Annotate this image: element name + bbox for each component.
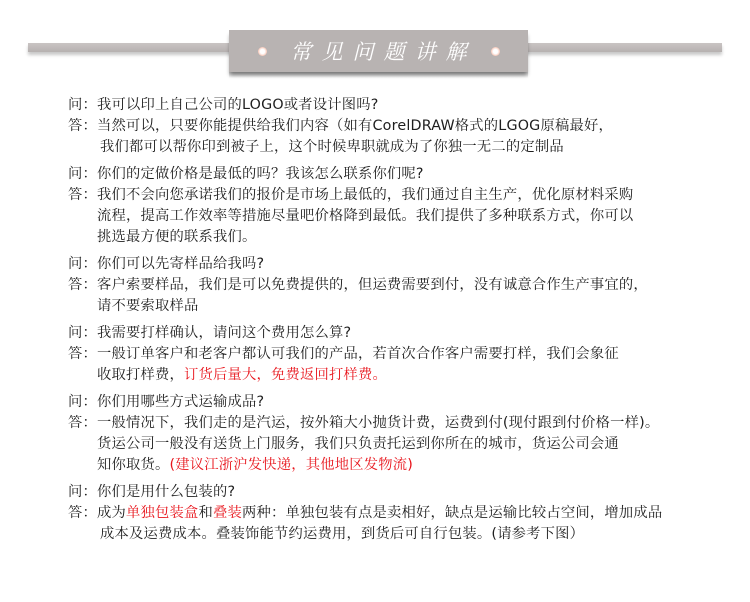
question-label: 问：	[68, 164, 97, 185]
question-text: 你们可以先寄样品给我吗?	[97, 256, 264, 272]
answer-label: 答：	[68, 185, 97, 206]
section-banner: 常见问题讲解	[0, 0, 750, 90]
answer-text: 成为	[97, 505, 126, 521]
faq-answer-continuation: 我们都可以帮你印到被子上，这个时候卑职就成为了你独一无二的定制品	[68, 137, 738, 158]
faq-answer: 答：一般情况下，我们走的是汽运，按外箱大小抛货计费，运费到付(现付跟到付价格一样…	[68, 413, 738, 434]
faq-question: 问：你们的定做价格是最低的吗？我该怎么联系你们呢?	[68, 164, 738, 185]
faq-answer-continuation: 货运公司一般没有送货上门服务，我们只负责托运到你所在的城市，货运公司会通	[68, 434, 738, 455]
faq-question: 问：你们用哪些方式运输成品?	[68, 392, 738, 413]
faq-answer-continuation: 挑选最方便的联系我们。	[68, 227, 738, 248]
answer-text: 和	[198, 505, 213, 521]
banner-bar-right	[524, 43, 722, 52]
faq-answer-continuation: 知你取货。(建议江浙沪发快递，其他地区发物流)	[68, 455, 738, 476]
banner-plate: 常见问题讲解	[229, 30, 528, 72]
answer-text: 流程，提高工作效率等措施尽量吧价格降到最低。我们提供了多种联系方式，你可以	[97, 208, 633, 224]
faq-item: 问：我需要打样确认，请问这个费用怎么算?答：一般订单客户和老客户都认可我们的产品…	[68, 323, 738, 386]
faq-answer: 答：客户索要样品，我们是可以免费提供的，但运费需要到付，没有诚意合作生产事宜的，	[68, 275, 738, 296]
faq-question: 问：我需要打样确认，请问这个费用怎么算?	[68, 323, 738, 344]
question-label: 问：	[68, 95, 97, 116]
faq-list: 问：我可以印上自己公司的LOGO或者设计图吗?答：当然可以，只要你能提供给我们内…	[68, 95, 738, 551]
faq-answer-continuation: 请不要索取样品	[68, 296, 738, 317]
answer-label: 答：	[68, 413, 97, 434]
question-label: 问：	[68, 392, 97, 413]
faq-item: 问：你们用哪些方式运输成品?答：一般情况下，我们走的是汽运，按外箱大小抛货计费，…	[68, 392, 738, 476]
faq-answer: 答：我们不会向您承诺我们的报价是市场上最低的，我们通过自主生产，优化原材料采购	[68, 185, 738, 206]
highlight-text: 叠装	[213, 505, 242, 521]
answer-text: 我们都可以帮你印到被子上，这个时候卑职就成为了你独一无二的定制品	[100, 139, 564, 155]
answer-text: 知你取货。	[97, 457, 169, 473]
answer-text: 一般订单客户和老客户都认可我们的产品，若首次合作客户需要打样，我们会象征	[97, 346, 619, 362]
faq-question: 问：你们可以先寄样品给我吗?	[68, 254, 738, 275]
answer-text: 两种：单独包装有点是卖相好，缺点是运输比较占空间，增加成品	[242, 505, 662, 521]
faq-answer: 答：当然可以，只要你能提供给我们内容（如有CorelDRAW格式的LGOG原稿最…	[68, 116, 738, 137]
highlight-text: 订货后量大，免费返回打样费。	[184, 367, 387, 383]
faq-answer-continuation: 成本及运费成本。叠装饰能节约运费用，到货后可自行包装。(请参考下图）	[68, 524, 738, 545]
banner-bar-left	[28, 43, 233, 52]
question-label: 问：	[68, 482, 97, 503]
answer-label: 答：	[68, 116, 97, 137]
answer-text: 当然可以，只要你能提供给我们内容（如有CorelDRAW格式的LGOG原稿最好，	[97, 118, 613, 134]
question-text: 你们的定做价格是最低的吗？我该怎么联系你们呢?	[97, 166, 424, 182]
question-text: 你们用哪些方式运输成品?	[97, 394, 264, 410]
highlight-text: (建议江浙沪发快递，其他地区发物流)	[169, 457, 413, 473]
answer-text: 挑选最方便的联系我们。	[97, 229, 256, 245]
faq-item: 问：你们是用什么包装的?答：成为单独包装盒和叠装两种：单独包装有点是卖相好，缺点…	[68, 482, 738, 545]
answer-label: 答：	[68, 503, 97, 524]
answer-text: 客户索要样品，我们是可以免费提供的，但运费需要到付，没有诚意合作生产事宜的，	[97, 277, 648, 293]
faq-item: 问：你们的定做价格是最低的吗？我该怎么联系你们呢?答：我们不会向您承诺我们的报价…	[68, 164, 738, 248]
answer-text: 收取打样费，	[97, 367, 184, 383]
banner-title: 常见问题讲解	[281, 36, 477, 66]
question-text: 我可以印上自己公司的LOGO或者设计图吗?	[97, 97, 379, 113]
faq-question: 问：你们是用什么包装的?	[68, 482, 738, 503]
question-label: 问：	[68, 254, 97, 275]
answer-text: 请不要索取样品	[97, 298, 198, 314]
question-text: 我需要打样确认，请问这个费用怎么算?	[97, 325, 351, 341]
answer-text: 我们不会向您承诺我们的报价是市场上最低的，我们通过自主生产，优化原材料采购	[97, 187, 633, 203]
faq-answer: 答：成为单独包装盒和叠装两种：单独包装有点是卖相好，缺点是运输比较占空间，增加成…	[68, 503, 738, 524]
answer-text: 成本及运费成本。叠装饰能节约运费用，到货后可自行包装。(请参考下图）	[100, 526, 584, 542]
faq-item: 问：你们可以先寄样品给我吗?答：客户索要样品，我们是可以免费提供的，但运费需要到…	[68, 254, 738, 317]
answer-label: 答：	[68, 275, 97, 296]
dot-ornament-icon	[258, 47, 267, 56]
answer-text: 货运公司一般没有送货上门服务，我们只负责托运到你所在的城市，货运公司会通	[97, 436, 619, 452]
faq-answer-continuation: 流程，提高工作效率等措施尽量吧价格降到最低。我们提供了多种联系方式，你可以	[68, 206, 738, 227]
highlight-text: 单独包装盒	[126, 505, 198, 521]
question-text: 你们是用什么包装的?	[97, 484, 235, 500]
faq-question: 问：我可以印上自己公司的LOGO或者设计图吗?	[68, 95, 738, 116]
faq-answer-continuation: 收取打样费，订货后量大，免费返回打样费。	[68, 365, 738, 386]
dot-ornament-icon	[491, 47, 500, 56]
question-label: 问：	[68, 323, 97, 344]
faq-item: 问：我可以印上自己公司的LOGO或者设计图吗?答：当然可以，只要你能提供给我们内…	[68, 95, 738, 158]
answer-label: 答：	[68, 344, 97, 365]
faq-answer: 答：一般订单客户和老客户都认可我们的产品，若首次合作客户需要打样，我们会象征	[68, 344, 738, 365]
answer-text: 一般情况下，我们走的是汽运，按外箱大小抛货计费，运费到付(现付跟到付价格一样)。	[97, 415, 659, 431]
